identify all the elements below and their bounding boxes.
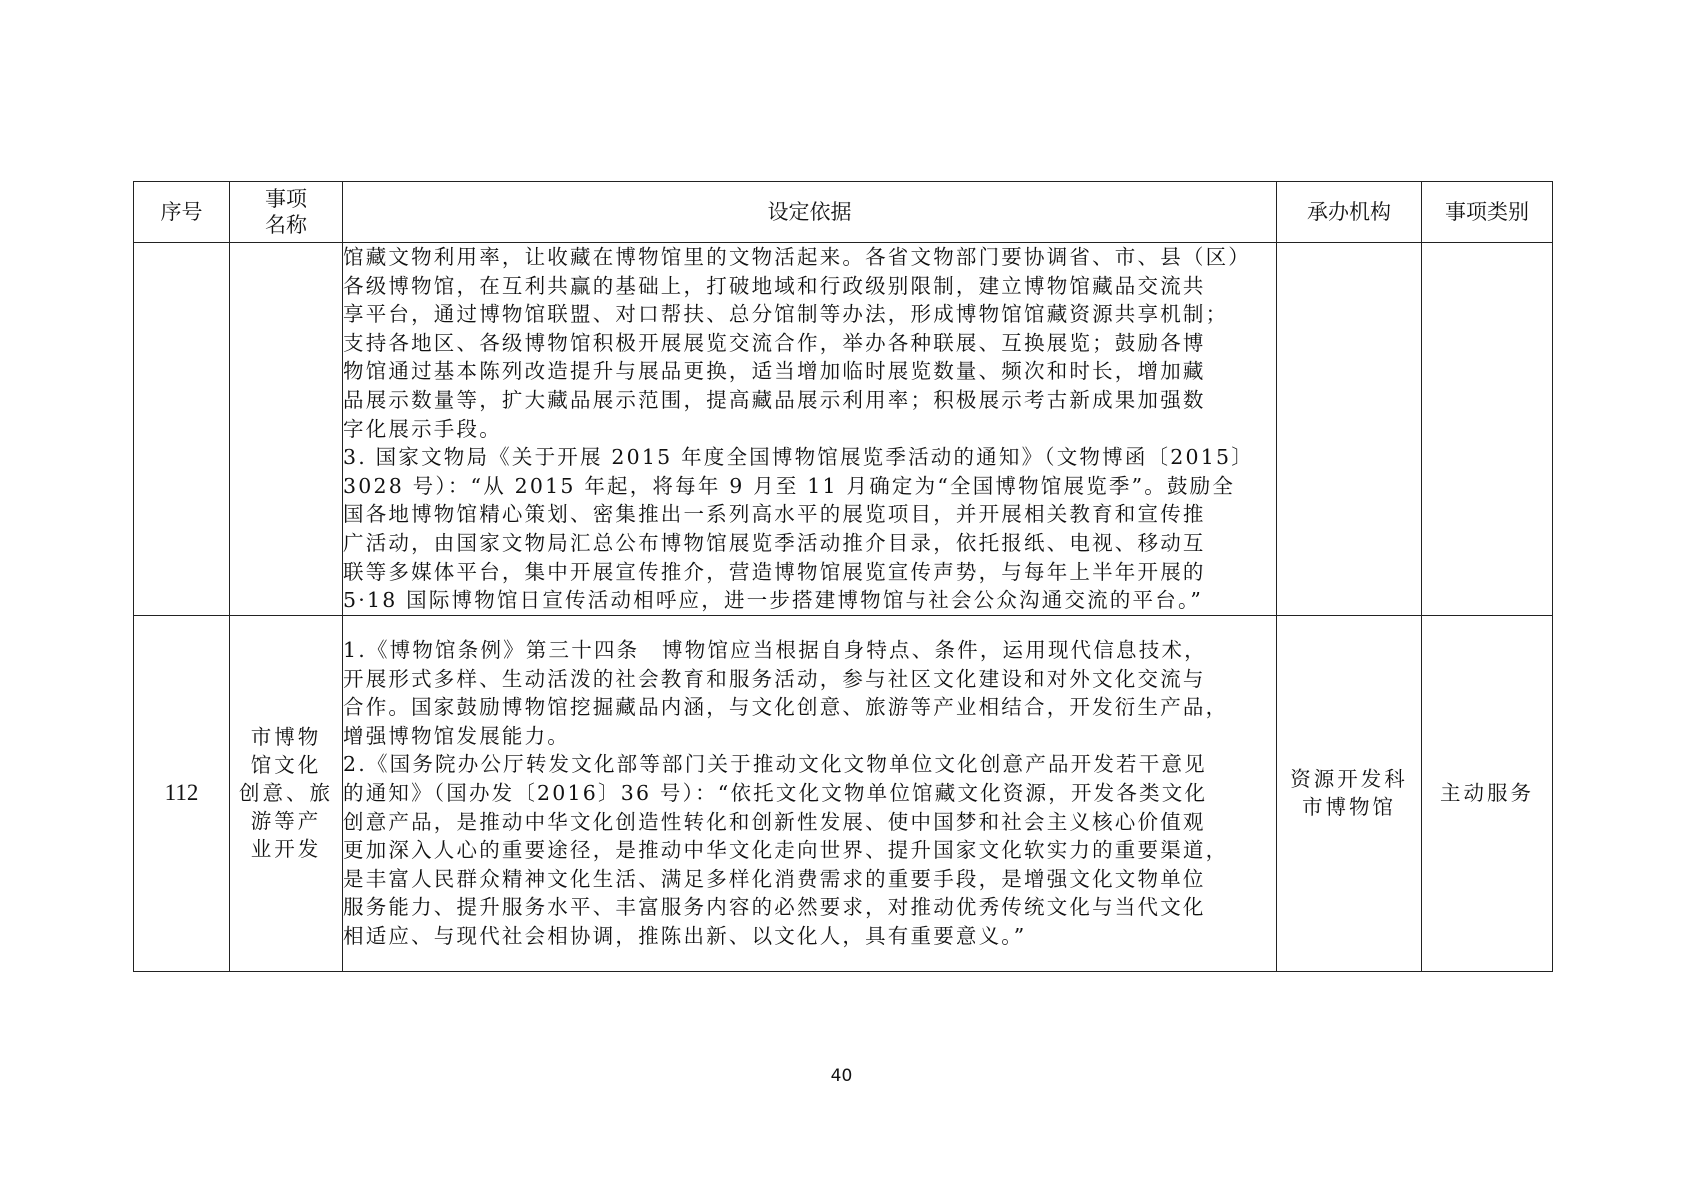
basis-line: 创意产品，是推动中华文化创造性转化和创新性发展、使中国梦和社会主义核心价值观 [343, 808, 1276, 837]
header-basis: 设定依据 [343, 182, 1277, 243]
header-name-line1: 事项 [230, 186, 342, 212]
basis-line: 更加深入人心的重要途径，是推动中华文化走向世界、提升国家文化软实力的重要渠道， [343, 836, 1276, 865]
table-row: 112 市博物 馆文化 创意、旅 游等产 业开发 1.《博物馆条例》第三十四条 … [134, 615, 1553, 971]
basis-line: 3028 号）：“从 2015 年起，将每年 9 月至 11 月确定为“全国博物… [343, 472, 1276, 501]
cell-seq: 112 [134, 615, 230, 971]
basis-line: 国各地博物馆精心策划、密集推出一系列高水平的展览项目，并开展相关教育和宣传推 [343, 500, 1276, 529]
cell-seq [134, 243, 230, 616]
basis-line: 馆藏文物利用率，让收藏在博物馆里的文物活起来。各省文物部门要协调省、市、县（区） [343, 243, 1276, 272]
header-name: 事项 名称 [230, 182, 343, 243]
basis-line: 开展形式多样、生动活泼的社会教育和服务活动，参与社区文化建设和对外文化交流与 [343, 665, 1276, 694]
basis-line: 5·18 国际博物馆日宣传活动相呼应，进一步搭建博物馆与社会公众沟通交流的平台。… [343, 586, 1276, 615]
cell-name: 市博物 馆文化 创意、旅 游等产 业开发 [230, 615, 343, 971]
org-line: 市博物馆 [1277, 793, 1421, 821]
basis-line: 字化展示手段。 [343, 415, 1276, 444]
basis-line: 各级博物馆，在互利共赢的基础上，打破地域和行政级别限制，建立博物馆藏品交流共 [343, 272, 1276, 301]
basis-line: 享平台，通过博物馆联盟、对口帮扶、总分馆制等办法，形成博物馆馆藏资源共享机制； [343, 300, 1276, 329]
basis-line: 合作。国家鼓励博物馆挖掘藏品内涵，与文化创意、旅游等产业相结合，开发衍生产品， [343, 693, 1276, 722]
cell-org: 资源开发科 市博物馆 [1277, 615, 1422, 971]
name-line: 创意、旅 [230, 779, 342, 807]
header-org: 承办机构 [1277, 182, 1422, 243]
basis-line: 物馆通过基本陈列改造提升与展品更换，适当增加临时展览数量、频次和时长，增加藏 [343, 357, 1276, 386]
name-line: 市博物 [230, 723, 342, 751]
cell-type: 主动服务 [1422, 615, 1553, 971]
basis-line: 3. 国家文物局《关于开展 2015 年度全国博物馆展览季活动的通知》（文物博函… [343, 443, 1276, 472]
name-line: 游等产 [230, 807, 342, 835]
cell-name [230, 243, 343, 616]
org-line: 资源开发科 [1277, 765, 1421, 793]
basis-line: 的通知》（国办发〔2016〕36 号）：“依托文化文物单位馆藏文化资源，开发各类… [343, 779, 1276, 808]
table-row: 馆藏文物利用率，让收藏在博物馆里的文物活起来。各省文物部门要协调省、市、县（区）… [134, 243, 1553, 616]
basis-line: 品展示数量等，扩大藏品展示范围，提高藏品展示利用率；积极展示考古新成果加强数 [343, 386, 1276, 415]
header-type: 事项类别 [1422, 182, 1553, 243]
basis-line: 支持各地区、各级博物馆积极开展展览交流合作，举办各种联展、互换展览；鼓励各博 [343, 329, 1276, 358]
header-seq: 序号 [134, 182, 230, 243]
basis-line: 1.《博物馆条例》第三十四条 博物馆应当根据自身特点、条件，运用现代信息技术， [343, 636, 1276, 665]
name-line: 业开发 [230, 835, 342, 863]
basis-line: 服务能力、提升服务水平、丰富服务内容的必然要求，对推动优秀传统文化与当代文化 [343, 893, 1276, 922]
cell-basis: 馆藏文物利用率，让收藏在博物馆里的文物活起来。各省文物部门要协调省、市、县（区）… [343, 243, 1277, 616]
table-header-row: 序号 事项 名称 设定依据 承办机构 事项类别 [134, 182, 1553, 243]
cell-org [1277, 243, 1422, 616]
basis-line: 2.《国务院办公厅转发文化部等部门关于推动文化文物单位文化创意产品开发若干意见 [343, 750, 1276, 779]
basis-line: 广活动，由国家文物局汇总公布博物馆展览季活动推介目录，依托报纸、电视、移动互 [343, 529, 1276, 558]
basis-line: 增强博物馆发展能力。 [343, 722, 1276, 751]
document-page: 序号 事项 名称 设定依据 承办机构 事项类别 馆藏文物利用率，让收藏在博物馆里… [0, 0, 1683, 1190]
cell-basis: 1.《博物馆条例》第三十四条 博物馆应当根据自身特点、条件，运用现代信息技术， … [343, 615, 1277, 971]
basis-line: 相适应、与现代社会相协调，推陈出新、以文化人，具有重要意义。” [343, 922, 1276, 951]
cell-type [1422, 243, 1553, 616]
header-name-line2: 名称 [230, 212, 342, 238]
basis-line: 是丰富人民群众精神文化生活、满足多样化消费需求的重要手段，是增强文化文物单位 [343, 865, 1276, 894]
basis-line: 联等多媒体平台，集中开展宣传推介，营造博物馆展览宣传声势，与每年上半年开展的 [343, 558, 1276, 587]
page-number: 40 [0, 1066, 1683, 1086]
name-line: 馆文化 [230, 751, 342, 779]
matters-table: 序号 事项 名称 设定依据 承办机构 事项类别 馆藏文物利用率，让收藏在博物馆里… [133, 181, 1553, 972]
